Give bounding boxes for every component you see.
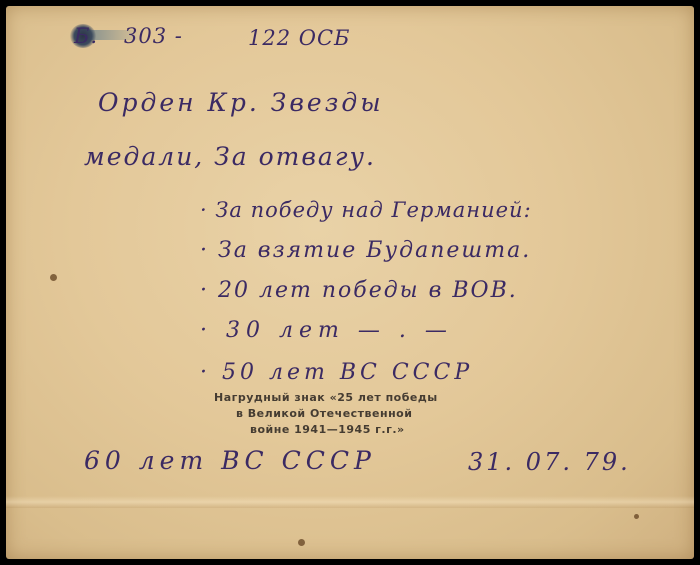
- document-page: Б. 303 - 122 ОСБ Орден Кр. Звезды медали…: [6, 6, 694, 559]
- award-line-2: медали, За отвагу.: [84, 142, 376, 171]
- award-line-1: Орден Кр. Звезды: [98, 88, 384, 117]
- award-line-6: · 30 лет — . —: [200, 318, 453, 343]
- award-line-7: · 50 лет ВС СССР: [200, 360, 473, 385]
- stamp-line-1: Нагрудный знак «25 лет победы: [214, 391, 438, 404]
- award-line-4: · За взятие Будапешта.: [200, 238, 531, 263]
- stamp-line-2: в Великой Отечественной: [236, 407, 412, 420]
- award-line-3: · За победу над Германией:: [200, 198, 532, 222]
- footer-date: 31. 07. 79.: [468, 448, 631, 476]
- award-line-5: · 20 лет победы в ВОВ.: [200, 278, 518, 303]
- paper-spot: [298, 539, 305, 546]
- footer-text: 60 лет ВС СССР: [84, 446, 376, 475]
- header-unit: 122 ОСБ: [248, 26, 350, 50]
- header-number: 303 -: [124, 24, 183, 48]
- paper-spot: [634, 514, 639, 519]
- paper-spot: [50, 274, 57, 281]
- stamp-line-3: войне 1941—1945 г.г.»: [250, 423, 405, 436]
- header-prefix: Б.: [74, 24, 98, 48]
